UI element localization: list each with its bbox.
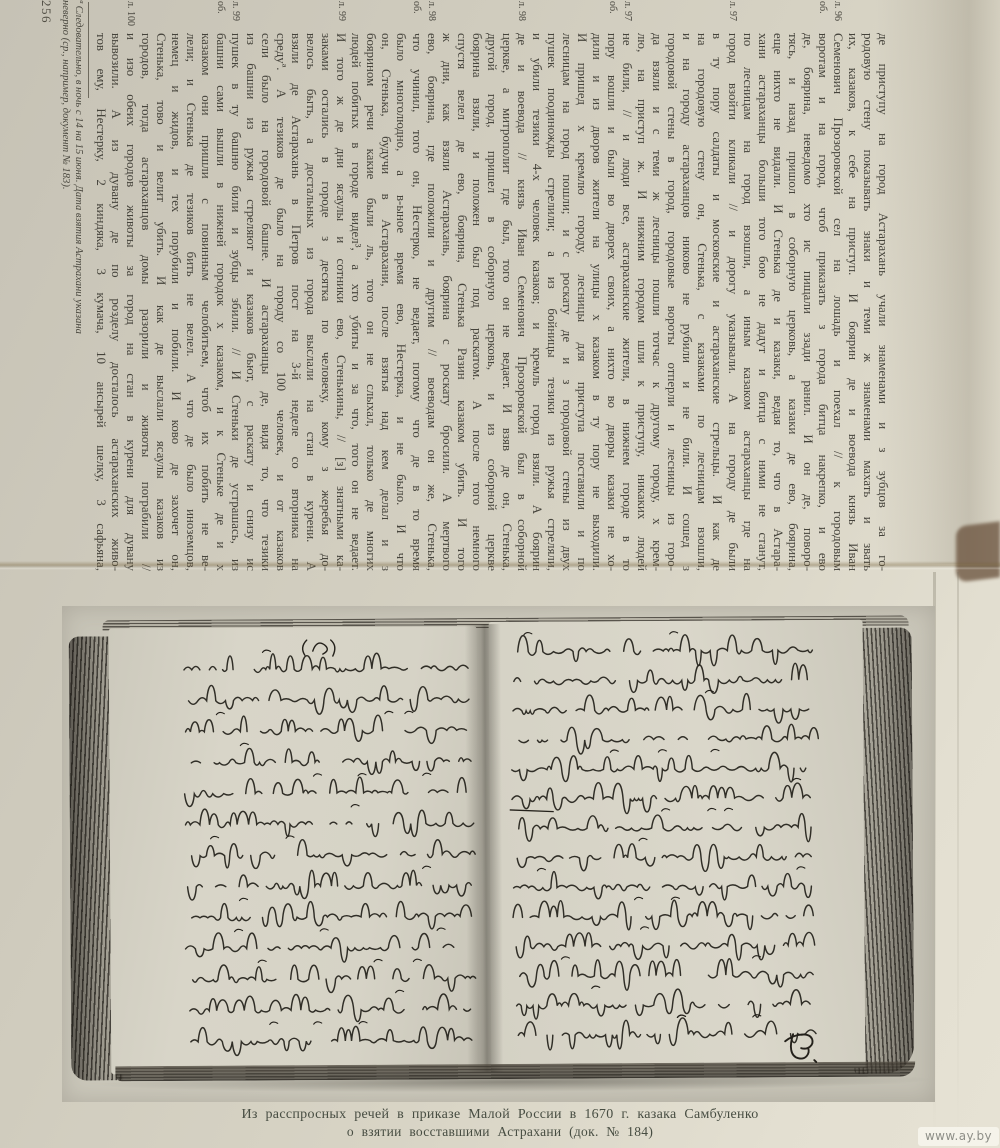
text-line: пушек поодиножды стрелили; а из бойницы … <box>544 33 559 571</box>
text-line: городов, тогда астараханцов домы разорил… <box>138 33 153 571</box>
superscript-mark <box>561 957 569 959</box>
handwriting-underline <box>510 810 554 812</box>
text-line: воротам и на город, чтоб приказать з гор… <box>815 33 830 571</box>
text-line: ж дни, как взяли Астарахань, боярина с р… <box>439 33 454 571</box>
text-line: он, Стенька, будучи в Астарахани, после … <box>378 33 393 571</box>
superscript-mark <box>711 749 719 751</box>
superscript-mark <box>639 838 647 840</box>
text-line: сели было на городовой башне. И астараха… <box>258 33 273 571</box>
handwriting-row <box>516 931 815 961</box>
superscript-mark <box>658 750 666 752</box>
superscript-mark <box>437 928 445 930</box>
handwriting-row <box>512 781 810 814</box>
text-line: городовой стены в город, городовые ворот… <box>664 33 679 571</box>
text-line: средуª. А тезиков де было на городу со 1… <box>273 33 288 571</box>
folio-marker: об. <box>817 1 828 32</box>
handwriting-row <box>517 843 811 873</box>
text-line: лесницам на город пошли; и с роскату де … <box>559 33 574 571</box>
handwriting-row <box>185 807 473 837</box>
caption-line: о взятии восставшими Астрахани (док. № 1… <box>0 1123 1000 1140</box>
superscript-mark <box>537 868 545 870</box>
superscript-mark <box>240 743 248 745</box>
text-line: немец и жидов, и тех порубили и побили. … <box>168 33 183 571</box>
superscript-mark <box>385 711 393 713</box>
handwriting-row <box>192 901 472 931</box>
superscript-mark <box>374 959 382 961</box>
superscript-mark <box>635 897 643 899</box>
text-line: на городовую стену он, Стенька, с казака… <box>694 33 709 571</box>
handwriting-row <box>191 747 471 775</box>
handwriting-row <box>520 958 814 991</box>
text-line: лели; и Стенька де тезиков бить не велел… <box>183 33 198 571</box>
superscript-mark <box>359 1022 367 1024</box>
text-line: И того ж де дни ясаулы и сотники ево, Ст… <box>333 33 348 571</box>
text-line: город взойти кликали // и дорогу указыва… <box>724 33 739 571</box>
superscript-mark <box>423 773 431 775</box>
handwriting-row <box>184 653 468 673</box>
superscript-flourish <box>303 640 335 656</box>
text-line: И пришед х кремлю городу, лесницы для пр… <box>574 33 589 571</box>
text-line: из башни из ружья стреляют и казаков бью… <box>243 33 258 571</box>
handwriting-row <box>185 931 468 963</box>
text-line: лю, на приступ ж. И нижним городом шли к… <box>634 33 649 571</box>
folio-marker: об. <box>411 1 422 32</box>
text-line: по лесницам на город взошли, а иным каза… <box>740 33 755 571</box>
superscript-mark <box>423 866 431 868</box>
superscript-mark <box>351 805 359 807</box>
document-text-block: де приступу на город Астарахань учали зн… <box>93 0 890 575</box>
text-line: Стенька, тово и велит убить. И как де вы… <box>153 33 168 571</box>
text-line: башни сами вышли в нижней городок х каза… <box>213 33 228 571</box>
handwriting-row <box>518 1017 816 1050</box>
text-line: велось быть, а достальных из города высл… <box>303 33 318 571</box>
footnote-line: ª Следовательно, в ночь с 14 на 15 июня.… <box>71 0 84 520</box>
book-page-photo: де приступу на город Астарахань учали зн… <box>0 0 1000 1148</box>
superscript-mark <box>314 774 322 776</box>
handwriting-row <box>512 752 806 783</box>
superscript-mark <box>314 1022 322 1024</box>
folio-marker: л. 99 <box>336 1 347 32</box>
open-manuscript-book <box>60 603 936 1104</box>
text-line: родовую стену показывать знаки и теми ж … <box>860 33 875 571</box>
handwriting-row <box>513 899 813 931</box>
text-line: пушек в ту башню били и зубцы збили. // … <box>228 33 243 571</box>
folio-marker: л. 99 <box>230 1 241 32</box>
handwriting-row <box>193 963 476 993</box>
handwriting-row <box>188 684 469 715</box>
text-line: что учинил, того он, Нестерко, не ведает… <box>409 33 424 571</box>
text-line: не били, // и люди все, астараханские жи… <box>619 33 634 571</box>
text-line: вывозили. А из дувану де по розделу дост… <box>108 33 123 571</box>
superscript-mark <box>670 632 678 634</box>
handwriting-row <box>192 839 476 869</box>
superscript-mark <box>216 712 224 714</box>
text-line: хани астараханцы больши того бою не даду… <box>755 33 770 571</box>
text-line: взяли де Астарахань в Петров пост на 3-й… <box>288 33 303 571</box>
superscript-mark <box>524 633 532 635</box>
text-line: другой город, пришел в соборную церковь,… <box>484 33 499 571</box>
handwriting-row <box>187 869 471 900</box>
plate-caption: Из расспросных речей в приказе Малой Рос… <box>0 1106 1000 1140</box>
text-line: в ту пору салдаты и московские и астарах… <box>709 33 724 571</box>
text-line: и на городу астараханцов никово не рубил… <box>679 33 694 571</box>
leaf-crease <box>0 561 1000 570</box>
text-line: дили и из дворов жители на улицы х казак… <box>589 33 604 571</box>
handwriting-row <box>514 870 812 901</box>
book-spine-glimpse <box>956 521 1000 582</box>
handwriting-row <box>518 634 813 667</box>
superscript-mark <box>671 897 679 899</box>
handwriting-row <box>514 663 808 694</box>
superscript-mark <box>725 808 733 810</box>
text-line: де, боярина, неведомо хто ис пищали ззад… <box>800 33 815 571</box>
text-line: ево, боярина, где положили и другим // в… <box>424 33 439 571</box>
superscript-mark <box>797 867 805 869</box>
handwriting-row <box>185 715 466 745</box>
superscript-mark <box>405 711 413 713</box>
superscript-mark <box>262 650 270 652</box>
handwriting-row <box>519 814 811 844</box>
footnote-line: неверно (ср., например, документ № 183). <box>58 0 71 520</box>
text-line: де и воевода // князь Иван Семенович Про… <box>514 33 529 571</box>
text-line: Семенович Прозоровской сел на лошадь и п… <box>830 33 845 571</box>
handwriting-row <box>191 1026 472 1056</box>
handwriting-svg <box>60 603 936 1104</box>
folio-marker: л. 96 <box>832 1 843 32</box>
text-line: заками остались в городе з десятка по че… <box>318 33 333 571</box>
text-line: людей побитых в городе видел³, а хто уби… <box>348 33 363 571</box>
page-number: 256 <box>38 0 54 575</box>
caption-line: Из расспросных речей в приказе Малой Рос… <box>0 1106 1000 1123</box>
folio-marker: л. 97 <box>727 1 738 32</box>
text-line: и убили тезики 4-х человек казаков; и кр… <box>529 33 544 571</box>
text-line: церкве, а митрополит где был, того он не… <box>499 33 514 571</box>
folio-marker: об. <box>215 1 226 32</box>
text-line: тясь, и назад пришол в соборную церковь,… <box>785 33 800 571</box>
superscript-mark <box>258 960 266 962</box>
manuscript-plate-photo <box>62 606 935 1102</box>
text-line: боярином речи какие были ль, того он не … <box>363 33 378 571</box>
handwriting-row <box>513 693 809 724</box>
footnote-rule <box>88 2 89 98</box>
superscript-mark <box>320 929 328 931</box>
superscript-mark <box>235 929 243 931</box>
text-line: спустя велел де ево, боярина, Стенька Ра… <box>454 33 469 571</box>
superscript-mark <box>592 986 600 988</box>
folio-marker: л. 97 <box>622 1 633 32</box>
superscript-mark <box>793 778 801 780</box>
folio-marker: об. <box>607 1 618 32</box>
text-line: было многолюдно, а в-ыное время ево, Нес… <box>393 33 408 571</box>
handwriting-row <box>185 777 467 807</box>
handwriting-row <box>519 724 818 754</box>
superscript-mark <box>610 750 618 752</box>
superscript-mark <box>239 898 247 900</box>
handwriting-row <box>190 993 471 1022</box>
superscript-mark <box>211 836 219 838</box>
superscript-mark <box>358 774 366 776</box>
handwriting-row <box>517 988 811 1019</box>
watermark: www.ay.by <box>918 1127 999 1146</box>
superscript-mark <box>708 808 716 810</box>
text-line: боярина взяли, и положен был под раскато… <box>469 33 484 571</box>
text-line: их, казаков, к себе на приступ. И боярин… <box>845 33 860 571</box>
superscript-mark <box>270 1022 278 1024</box>
rotated-text-page: де приступу на город Астарахань учали зн… <box>30 0 890 575</box>
folio-marker: л. 100 <box>125 1 136 32</box>
superscript-mark <box>413 959 421 961</box>
superscript-mark <box>662 809 670 811</box>
folio-marker: л. 98 <box>426 1 437 32</box>
text-line: и изо обеих городов животы за город на с… <box>123 33 138 571</box>
text-line: еще нихто не видали. И Стенька де и каза… <box>770 33 785 571</box>
paper-crease <box>957 572 959 1148</box>
superscript-mark <box>641 927 649 929</box>
page-curl-shading <box>875 0 1000 564</box>
superscript-mark <box>396 990 404 992</box>
scribal-monogram <box>785 1034 816 1062</box>
text-line: пору вошли и были во дворех своих, а них… <box>604 33 619 571</box>
text-line: тов ему, Нестерку, 2 киндяка, 3 кумача, … <box>93 33 108 571</box>
folio-marker: л. 98 <box>516 1 527 32</box>
text-line: да взяли и с теми ж лесницы пошли тотчас… <box>649 33 664 571</box>
text-line: казаком они пришли с повинным челобитьем… <box>198 33 213 571</box>
